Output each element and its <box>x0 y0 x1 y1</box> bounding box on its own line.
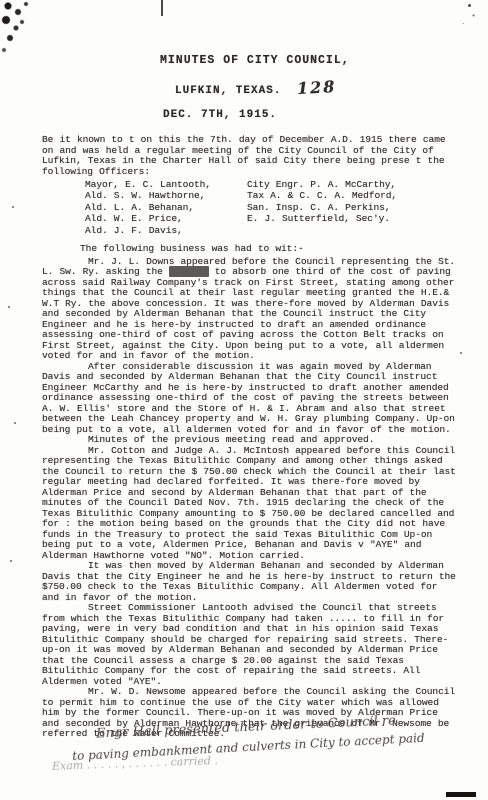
business-intro: The following business was had to wit:- <box>42 244 460 255</box>
scan-speck <box>10 560 12 562</box>
officer-left: Ald. J. F. Davis, <box>85 225 247 236</box>
scan-edge-bar <box>446 792 476 797</box>
scanned-minutes-page: MINUTES OF CITY COUNCIL, LUFKIN, TEXAS.1… <box>0 0 488 800</box>
document-content: MINUTES OF CITY COUNCIL, LUFKIN, TEXAS.1… <box>42 54 460 740</box>
officer-row: Ald. J. F. Davis, <box>42 225 460 236</box>
officer-row: Ald. W. E. Price, E. J. Sutterfield, Sec… <box>42 213 460 224</box>
scan-speck <box>8 306 10 308</box>
paragraph-discussion: After considerable discussion it was aga… <box>42 362 460 436</box>
paragraph-bitulithic-check: Mr. Cotton and Judge A. J. McIntosh appe… <box>42 446 460 562</box>
officer-right: Tax A. & C. C. A. Medford, <box>247 190 460 201</box>
officer-right: City Engr. P. A. McCarthy, <box>247 179 460 190</box>
officer-row: Ald. S. W. Hawthorne, Tax A. & C. C. A. … <box>42 190 460 201</box>
officer-left: Ald. S. W. Hawthorne, <box>85 190 247 201</box>
officer-left: Mayor, E. C. Lantooth, <box>85 179 247 190</box>
scan-speck <box>12 206 14 208</box>
officer-row: Ald. L. A. Behanan, San. Insp. C. A. Per… <box>42 202 460 213</box>
scan-specks <box>468 4 471 7</box>
document-location: LUFKIN, TEXAS. <box>175 85 281 97</box>
scan-scratch-mark <box>161 0 163 16</box>
officer-right: E. J. Sutterfield, Sec'y. <box>247 213 460 224</box>
paragraph-downs: Mr. J. L. Downs appeared before the Coun… <box>42 257 460 362</box>
paragraph-minutes-approved: Minutes of the previous meeting read and… <box>42 435 460 446</box>
officers-list: Mayor, E. C. Lantooth, City Engr. P. A. … <box>42 179 460 236</box>
document-body: Be it known to t on this the 7th. day of… <box>42 135 460 740</box>
paragraph-return-check: It was then moved by Alderman Behanan an… <box>42 561 460 603</box>
location-line: LUFKIN, TEXAS.128 <box>175 78 460 97</box>
overstruck-word: Council <box>169 266 209 277</box>
handwritten-page-number: 128 <box>297 77 337 98</box>
officer-right <box>247 225 460 236</box>
officer-row: Mayor, E. C. Lantooth, City Engr. P. A. … <box>42 179 460 190</box>
officer-right: San. Insp. C. A. Perkins, <box>247 202 460 213</box>
scan-speck <box>14 422 16 424</box>
scan-noise-blob <box>0 0 42 60</box>
page-title: MINUTES OF CITY COUNCIL, <box>160 54 460 67</box>
officer-left: Ald. L. A. Behanan, <box>85 202 247 213</box>
document-date: DEC. 7TH, 1915. <box>163 109 460 121</box>
paragraph-street-repairs: Street Commissioner Lantooth advised the… <box>42 603 460 687</box>
officer-left: Ald. W. E. Price, <box>85 213 247 224</box>
scan-speck <box>460 352 462 354</box>
opening-paragraph: Be it known to t on this the 7th. day of… <box>42 135 460 177</box>
paragraph-downs-text: to absorb one third of the cost of pavin… <box>42 266 454 361</box>
